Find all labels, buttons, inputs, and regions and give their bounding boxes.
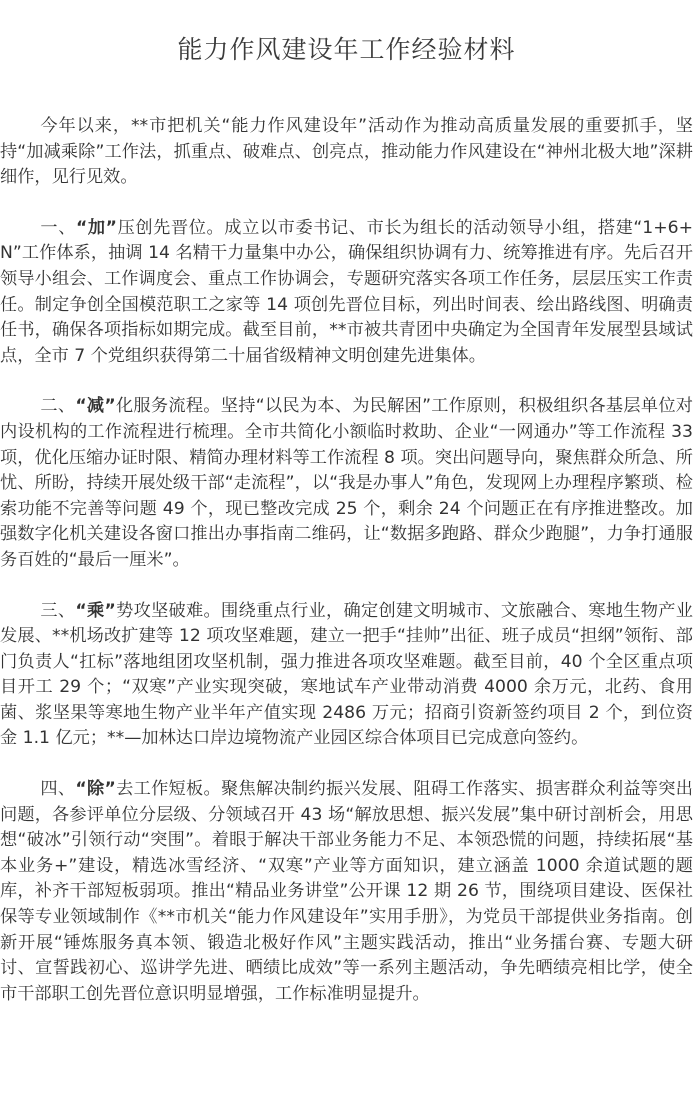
paragraph-text: 化服务流程。坚持“以民为本、为民解困”工作原则，积极组织各基层单位对内设机构的工…	[0, 396, 693, 570]
section-number: 三、	[40, 601, 75, 621]
paragraph-intro: 今年以来，**市把机关“能力作风建设年”活动作为推动高质量发展的重要抓手，坚持“…	[0, 114, 693, 191]
paragraph-text: 压创先晋位。成立以市委书记、市长为组长的活动领导小组，搭建“1+6+N”工作体系…	[0, 218, 693, 366]
section-keyword: “乘”	[75, 601, 115, 621]
paragraph-section-2: 二、“减”化服务流程。坚持“以民为本、为民解困”工作原则，积极组织各基层单位对内…	[0, 394, 693, 573]
document-title: 能力作风建设年工作经验材料	[0, 32, 693, 68]
section-number: 四、	[40, 779, 75, 799]
paragraph-text: 今年以来，**市把机关“能力作风建设年”活动作为推动高质量发展的重要抓手，坚持“…	[0, 116, 693, 187]
section-number: 二、	[40, 396, 75, 416]
document-body: 今年以来，**市把机关“能力作风建设年”活动作为推动高质量发展的重要抓手，坚持“…	[0, 114, 693, 1032]
paragraph-section-3: 三、“乘”势攻坚破难。围绕重点行业，确定创建文明城市、文旅融合、寒地生物产业发展…	[0, 599, 693, 753]
paragraph-text: 去工作短板。聚焦解决制约振兴发展、阻碍工作落实、损害群众利益等突出问题，各参评单…	[0, 779, 693, 1004]
section-number: 一、	[40, 218, 76, 238]
paragraph-section-1: 一、“加”压创先晋位。成立以市委书记、市长为组长的活动领导小组，搭建“1+6+N…	[0, 216, 693, 370]
section-keyword: “除”	[75, 779, 115, 799]
section-keyword: “加”	[76, 218, 117, 238]
section-keyword: “减”	[75, 396, 115, 416]
paragraph-text: 势攻坚破难。围绕重点行业，确定创建文明城市、文旅融合、寒地生物产业发展、**机场…	[0, 601, 693, 749]
paragraph-section-4: 四、“除”去工作短板。聚焦解决制约振兴发展、阻碍工作落实、损害群众利益等突出问题…	[0, 777, 693, 1007]
